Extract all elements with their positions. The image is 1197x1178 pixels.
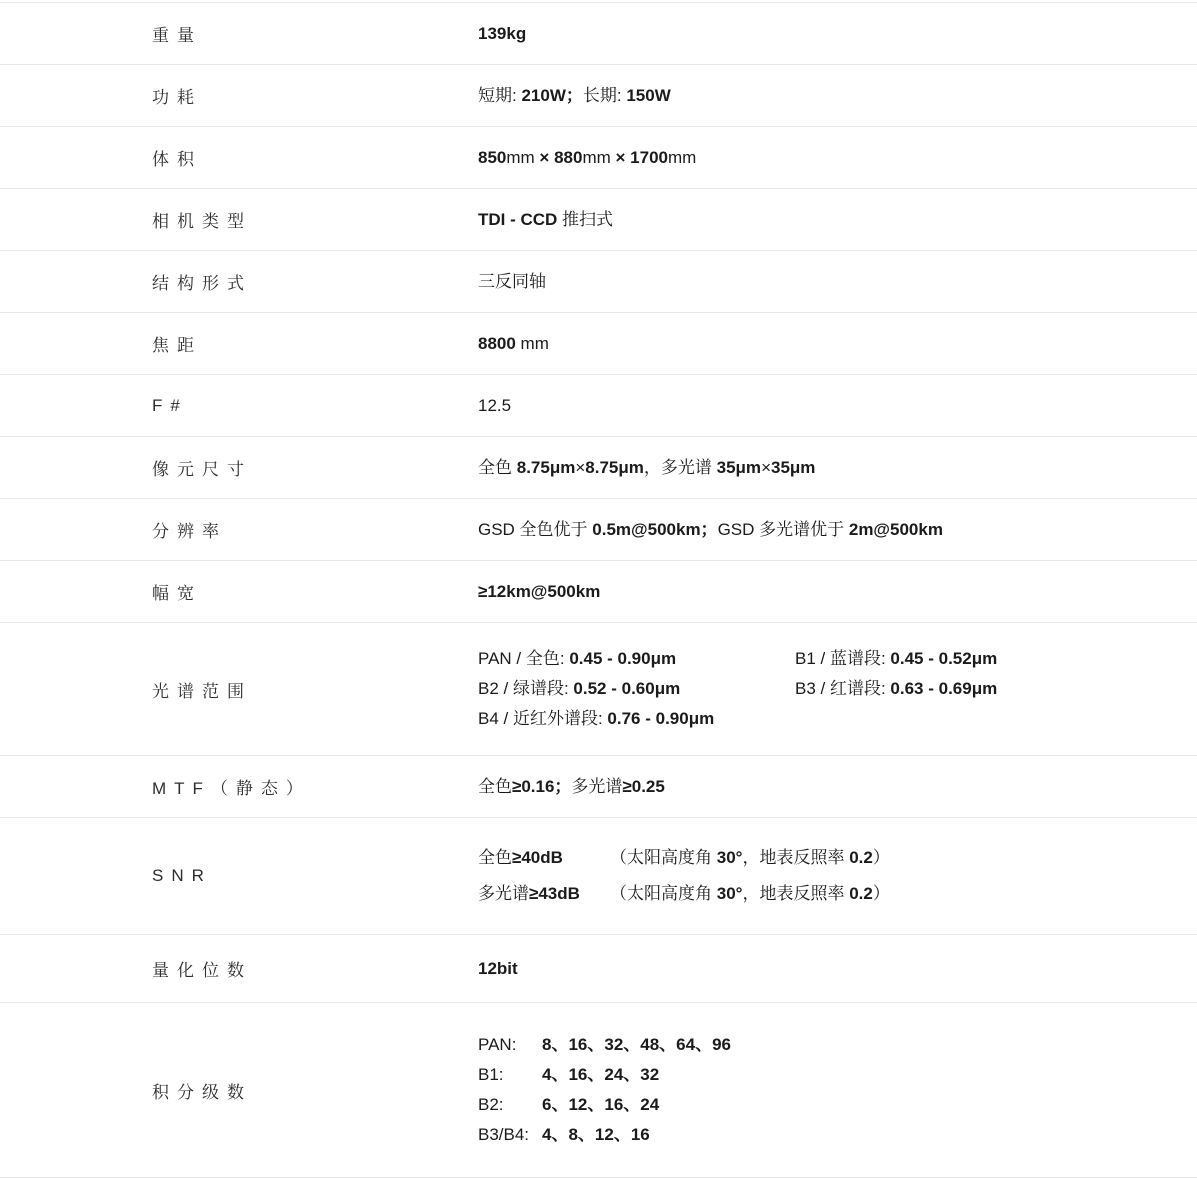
value-chunk: 12bit <box>478 954 518 984</box>
value-text-bold: ≥43dB <box>529 884 580 903</box>
value-chunk: 短期: 210W；长期: 150W <box>478 81 671 111</box>
value-text-bold: 2m@500km <box>849 520 943 539</box>
value-text-bold: 0.52 - 0.60μm <box>573 679 680 698</box>
value-line: 多光谱≥43dB（太阳高度角 30°，地表反照率 0.2） <box>478 876 1197 912</box>
row-value-focal-length: 8800 mm <box>478 329 1197 359</box>
row-label-quantization: 量化位数 <box>0 956 478 981</box>
value-chunk: 8、16、32、48、64、96 <box>542 1030 731 1060</box>
row-label-structure: 结构形式 <box>0 269 478 294</box>
row-value-structure: 三反同轴 <box>478 267 1197 297</box>
value-text: （太阳高度角 <box>610 884 717 903</box>
value-chunk: （太阳高度角 30°，地表反照率 0.2） <box>610 876 890 912</box>
spec-row-f-number: F#12.5 <box>0 375 1197 437</box>
row-value-weight: 139kg <box>478 19 1197 49</box>
value-text: ，地表反照率 <box>742 884 849 903</box>
row-value-resolution: GSD 全色优于 0.5m@500km；GSD 多光谱优于 2m@500km <box>478 515 1197 545</box>
value-text-bold: 35μm <box>717 458 761 477</box>
value-text-bold: TDI - CCD <box>478 210 557 229</box>
row-label-swath: 幅宽 <box>0 579 478 604</box>
value-chunk: B3/B4: <box>478 1120 542 1150</box>
value-text: mm <box>506 148 534 167</box>
value-line: PAN / 全色: 0.45 - 0.90μmB1 / 蓝谱段: 0.45 - … <box>478 644 1197 674</box>
value-line: B2 / 绿谱段: 0.52 - 0.60μmB3 / 红谱段: 0.63 - … <box>478 674 1197 704</box>
row-label-integration: 积分级数 <box>0 1078 478 1103</box>
row-label-volume: 体积 <box>0 145 478 170</box>
value-text: B2: <box>478 1095 504 1114</box>
row-value-camera-type: TDI - CCD 推扫式 <box>478 205 1197 235</box>
value-text: （太阳高度角 <box>610 848 717 867</box>
value-text: B2 / 绿谱段: <box>478 679 573 698</box>
value-line: GSD 全色优于 0.5m@500km；GSD 多光谱优于 2m@500km <box>478 515 1197 545</box>
row-label-snr: SNR <box>0 866 478 886</box>
value-chunk: 全色 8.75μm×8.75μm，多光谱 35μm×35μm <box>478 453 815 483</box>
value-text: 12.5 <box>478 396 511 415</box>
row-value-pixel-size: 全色 8.75μm×8.75μm，多光谱 35μm×35μm <box>478 453 1197 483</box>
value-text-bold: 30° <box>717 884 743 903</box>
value-text: 推扫式 <box>557 210 613 229</box>
spec-row-camera-type: 相机类型TDI - CCD 推扫式 <box>0 189 1197 251</box>
value-line: 12.5 <box>478 391 1197 421</box>
value-text-bold: 8、16、32、48、64、96 <box>542 1035 731 1054</box>
row-value-f-number: 12.5 <box>478 391 1197 421</box>
row-value-mtf: 全色≥0.16；多光谱≥0.25 <box>478 772 1197 802</box>
value-text: 全色 <box>478 458 517 477</box>
row-value-snr: 全色≥40dB（太阳高度角 30°，地表反照率 0.2）多光谱≥43dB（太阳高… <box>478 840 1197 912</box>
value-text-bold: 0.45 - 0.90μm <box>569 649 676 668</box>
value-text-bold: 0.76 - 0.90μm <box>607 709 714 728</box>
value-text-bold: 850 <box>478 148 506 167</box>
value-line: 8800 mm <box>478 329 1197 359</box>
value-text-bold: 4、16、24、32 <box>542 1065 659 1084</box>
value-chunk: 4、16、24、32 <box>542 1060 659 1090</box>
value-chunk: B3 / 红谱段: 0.63 - 0.69μm <box>795 674 997 704</box>
value-line: ≥12km@500km <box>478 577 1197 607</box>
value-line: 三反同轴 <box>478 267 1197 297</box>
row-label-spectral-range: 光谱范围 <box>0 677 478 702</box>
value-text: PAN / 全色: <box>478 649 569 668</box>
value-text: × <box>761 458 771 477</box>
value-text: B3 / 红谱段: <box>795 679 890 698</box>
value-chunk: 12.5 <box>478 391 511 421</box>
value-chunk: PAN: <box>478 1030 542 1060</box>
value-text: B1: <box>478 1065 504 1084</box>
value-line: B1:4、16、24、32 <box>478 1060 1197 1090</box>
value-line: B4 / 近红外谱段: 0.76 - 0.90μm <box>478 704 1197 734</box>
spec-row-snr: SNR全色≥40dB（太阳高度角 30°，地表反照率 0.2）多光谱≥43dB（… <box>0 818 1197 935</box>
spec-row-structure: 结构形式三反同轴 <box>0 251 1197 313</box>
value-text: × <box>575 458 585 477</box>
value-text: B3/B4: <box>478 1125 529 1144</box>
value-text: ，地表反照率 <box>742 848 849 867</box>
value-text-bold: ≥0.25 <box>622 777 664 796</box>
row-value-power: 短期: 210W；长期: 150W <box>478 81 1197 111</box>
value-chunk: B1 / 蓝谱段: 0.45 - 0.52μm <box>795 644 997 674</box>
value-text: 三反同轴 <box>478 272 546 291</box>
value-text-bold: 4、8、12、16 <box>542 1125 650 1144</box>
value-chunk: 850mm × 880mm × 1700mm <box>478 143 696 173</box>
value-text: mm <box>582 148 610 167</box>
spec-row-pixel-size: 像元尺寸全色 8.75μm×8.75μm，多光谱 35μm×35μm <box>0 437 1197 499</box>
value-chunk: 三反同轴 <box>478 267 546 297</box>
value-chunk: 全色≥40dB <box>478 840 610 876</box>
value-chunk: 全色≥0.16；多光谱≥0.25 <box>478 772 665 802</box>
value-text: ） <box>873 884 890 903</box>
value-chunk: B1: <box>478 1060 542 1090</box>
row-label-weight: 重量 <box>0 21 478 46</box>
value-text-bold: 150W <box>626 86 670 105</box>
row-label-resolution: 分辨率 <box>0 517 478 542</box>
value-chunk: TDI - CCD 推扫式 <box>478 205 613 235</box>
value-text-bold: 0.2 <box>849 884 873 903</box>
value-text-bold: 1700 <box>630 148 668 167</box>
row-label-f-number: F# <box>0 396 478 416</box>
value-chunk: （太阳高度角 30°，地表反照率 0.2） <box>610 840 890 876</box>
value-line: B2:6、12、16、24 <box>478 1090 1197 1120</box>
value-text: ） <box>873 848 890 867</box>
value-text: ，多光谱 <box>644 458 717 477</box>
value-text-bold: 0.2 <box>849 848 873 867</box>
value-chunk: GSD 全色优于 0.5m@500km；GSD 多光谱优于 2m@500km <box>478 515 943 545</box>
row-value-spectral-range: PAN / 全色: 0.45 - 0.90μmB1 / 蓝谱段: 0.45 - … <box>478 644 1197 734</box>
row-label-pixel-size: 像元尺寸 <box>0 455 478 480</box>
value-chunk: 多光谱≥43dB <box>478 876 610 912</box>
spec-row-power: 功耗短期: 210W；长期: 150W <box>0 65 1197 127</box>
value-chunk: B2 / 绿谱段: 0.52 - 0.60μm <box>478 674 795 704</box>
value-line: 全色≥0.16；多光谱≥0.25 <box>478 772 1197 802</box>
spec-row-mtf: MTF（静态）全色≥0.16；多光谱≥0.25 <box>0 756 1197 818</box>
value-line: 全色≥40dB（太阳高度角 30°，地表反照率 0.2） <box>478 840 1197 876</box>
value-text: B4 / 近红外谱段: <box>478 709 607 728</box>
value-text-bold: ≥40dB <box>512 848 563 867</box>
value-line: 12bit <box>478 954 1197 984</box>
value-chunk: PAN / 全色: 0.45 - 0.90μm <box>478 644 795 674</box>
row-value-quantization: 12bit <box>478 954 1197 984</box>
value-line: B3/B4:4、8、12、16 <box>478 1120 1197 1150</box>
row-label-focal-length: 焦距 <box>0 331 478 356</box>
value-text-bold: 0.45 - 0.52μm <box>890 649 997 668</box>
value-text-bold: × <box>611 148 630 167</box>
value-chunk: 4、8、12、16 <box>542 1120 650 1150</box>
value-text: GSD 多光谱优于 <box>718 520 849 539</box>
spec-row-resolution: 分辨率GSD 全色优于 0.5m@500km；GSD 多光谱优于 2m@500k… <box>0 499 1197 561</box>
value-text-bold: 6、12、16、24 <box>542 1095 659 1114</box>
row-label-power: 功耗 <box>0 83 478 108</box>
value-text: 全色 <box>478 777 512 796</box>
row-value-integration: PAN:8、16、32、48、64、96B1:4、16、24、32B2:6、12… <box>478 1030 1197 1150</box>
value-text-bold: 139kg <box>478 24 526 43</box>
value-text: B1 / 蓝谱段: <box>795 649 890 668</box>
spec-row-focal-length: 焦距8800 mm <box>0 313 1197 375</box>
value-text: 全色 <box>478 848 512 867</box>
value-text-bold: 8.75μm <box>585 458 644 477</box>
value-text: 长期: <box>583 86 626 105</box>
value-text: GSD 全色优于 <box>478 520 592 539</box>
value-text: 短期: <box>478 86 521 105</box>
value-text-bold: ≥12km@500km <box>478 582 600 601</box>
row-value-swath: ≥12km@500km <box>478 577 1197 607</box>
value-line: 139kg <box>478 19 1197 49</box>
row-label-camera-type: 相机类型 <box>0 207 478 232</box>
spec-row-swath: 幅宽≥12km@500km <box>0 561 1197 623</box>
value-text-bold: 210W； <box>521 86 582 105</box>
spec-row-quantization: 量化位数12bit <box>0 935 1197 1003</box>
value-text: 多光谱 <box>571 777 622 796</box>
value-text-bold: 30° <box>717 848 743 867</box>
value-text-bold: 880 <box>554 148 582 167</box>
spec-row-volume: 体积850mm × 880mm × 1700mm <box>0 127 1197 189</box>
value-text: mm <box>668 148 696 167</box>
row-label-mtf: MTF（静态） <box>0 774 478 799</box>
value-text: 多光谱 <box>478 884 529 903</box>
spec-table: 重量139kg功耗短期: 210W；长期: 150W体积850mm × 880m… <box>0 2 1197 1178</box>
value-text-bold: 12bit <box>478 959 518 978</box>
value-line: PAN:8、16、32、48、64、96 <box>478 1030 1197 1060</box>
value-chunk: 139kg <box>478 19 526 49</box>
value-line: 短期: 210W；长期: 150W <box>478 81 1197 111</box>
value-text-bold: 8800 <box>478 334 516 353</box>
value-text: mm <box>516 334 549 353</box>
spec-row-weight: 重量139kg <box>0 3 1197 65</box>
value-text-bold: ≥0.16； <box>512 777 571 796</box>
value-chunk: ≥12km@500km <box>478 577 600 607</box>
value-text-bold: 0.63 - 0.69μm <box>890 679 997 698</box>
value-text-bold: 0.5m@500km； <box>592 520 717 539</box>
row-value-volume: 850mm × 880mm × 1700mm <box>478 143 1197 173</box>
spec-row-spectral-range: 光谱范围PAN / 全色: 0.45 - 0.90μmB1 / 蓝谱段: 0.4… <box>0 623 1197 756</box>
value-chunk: 8800 mm <box>478 329 549 359</box>
value-text-bold: 8.75μm <box>517 458 576 477</box>
value-line: TDI - CCD 推扫式 <box>478 205 1197 235</box>
value-line: 850mm × 880mm × 1700mm <box>478 143 1197 173</box>
spec-row-integration: 积分级数PAN:8、16、32、48、64、96B1:4、16、24、32B2:… <box>0 1003 1197 1178</box>
value-text: PAN: <box>478 1035 516 1054</box>
value-chunk: 6、12、16、24 <box>542 1090 659 1120</box>
value-text-bold: 35μm <box>771 458 815 477</box>
value-chunk: B2: <box>478 1090 542 1120</box>
value-chunk: B4 / 近红外谱段: 0.76 - 0.90μm <box>478 704 795 734</box>
value-text-bold: × <box>535 148 554 167</box>
value-line: 全色 8.75μm×8.75μm，多光谱 35μm×35μm <box>478 453 1197 483</box>
